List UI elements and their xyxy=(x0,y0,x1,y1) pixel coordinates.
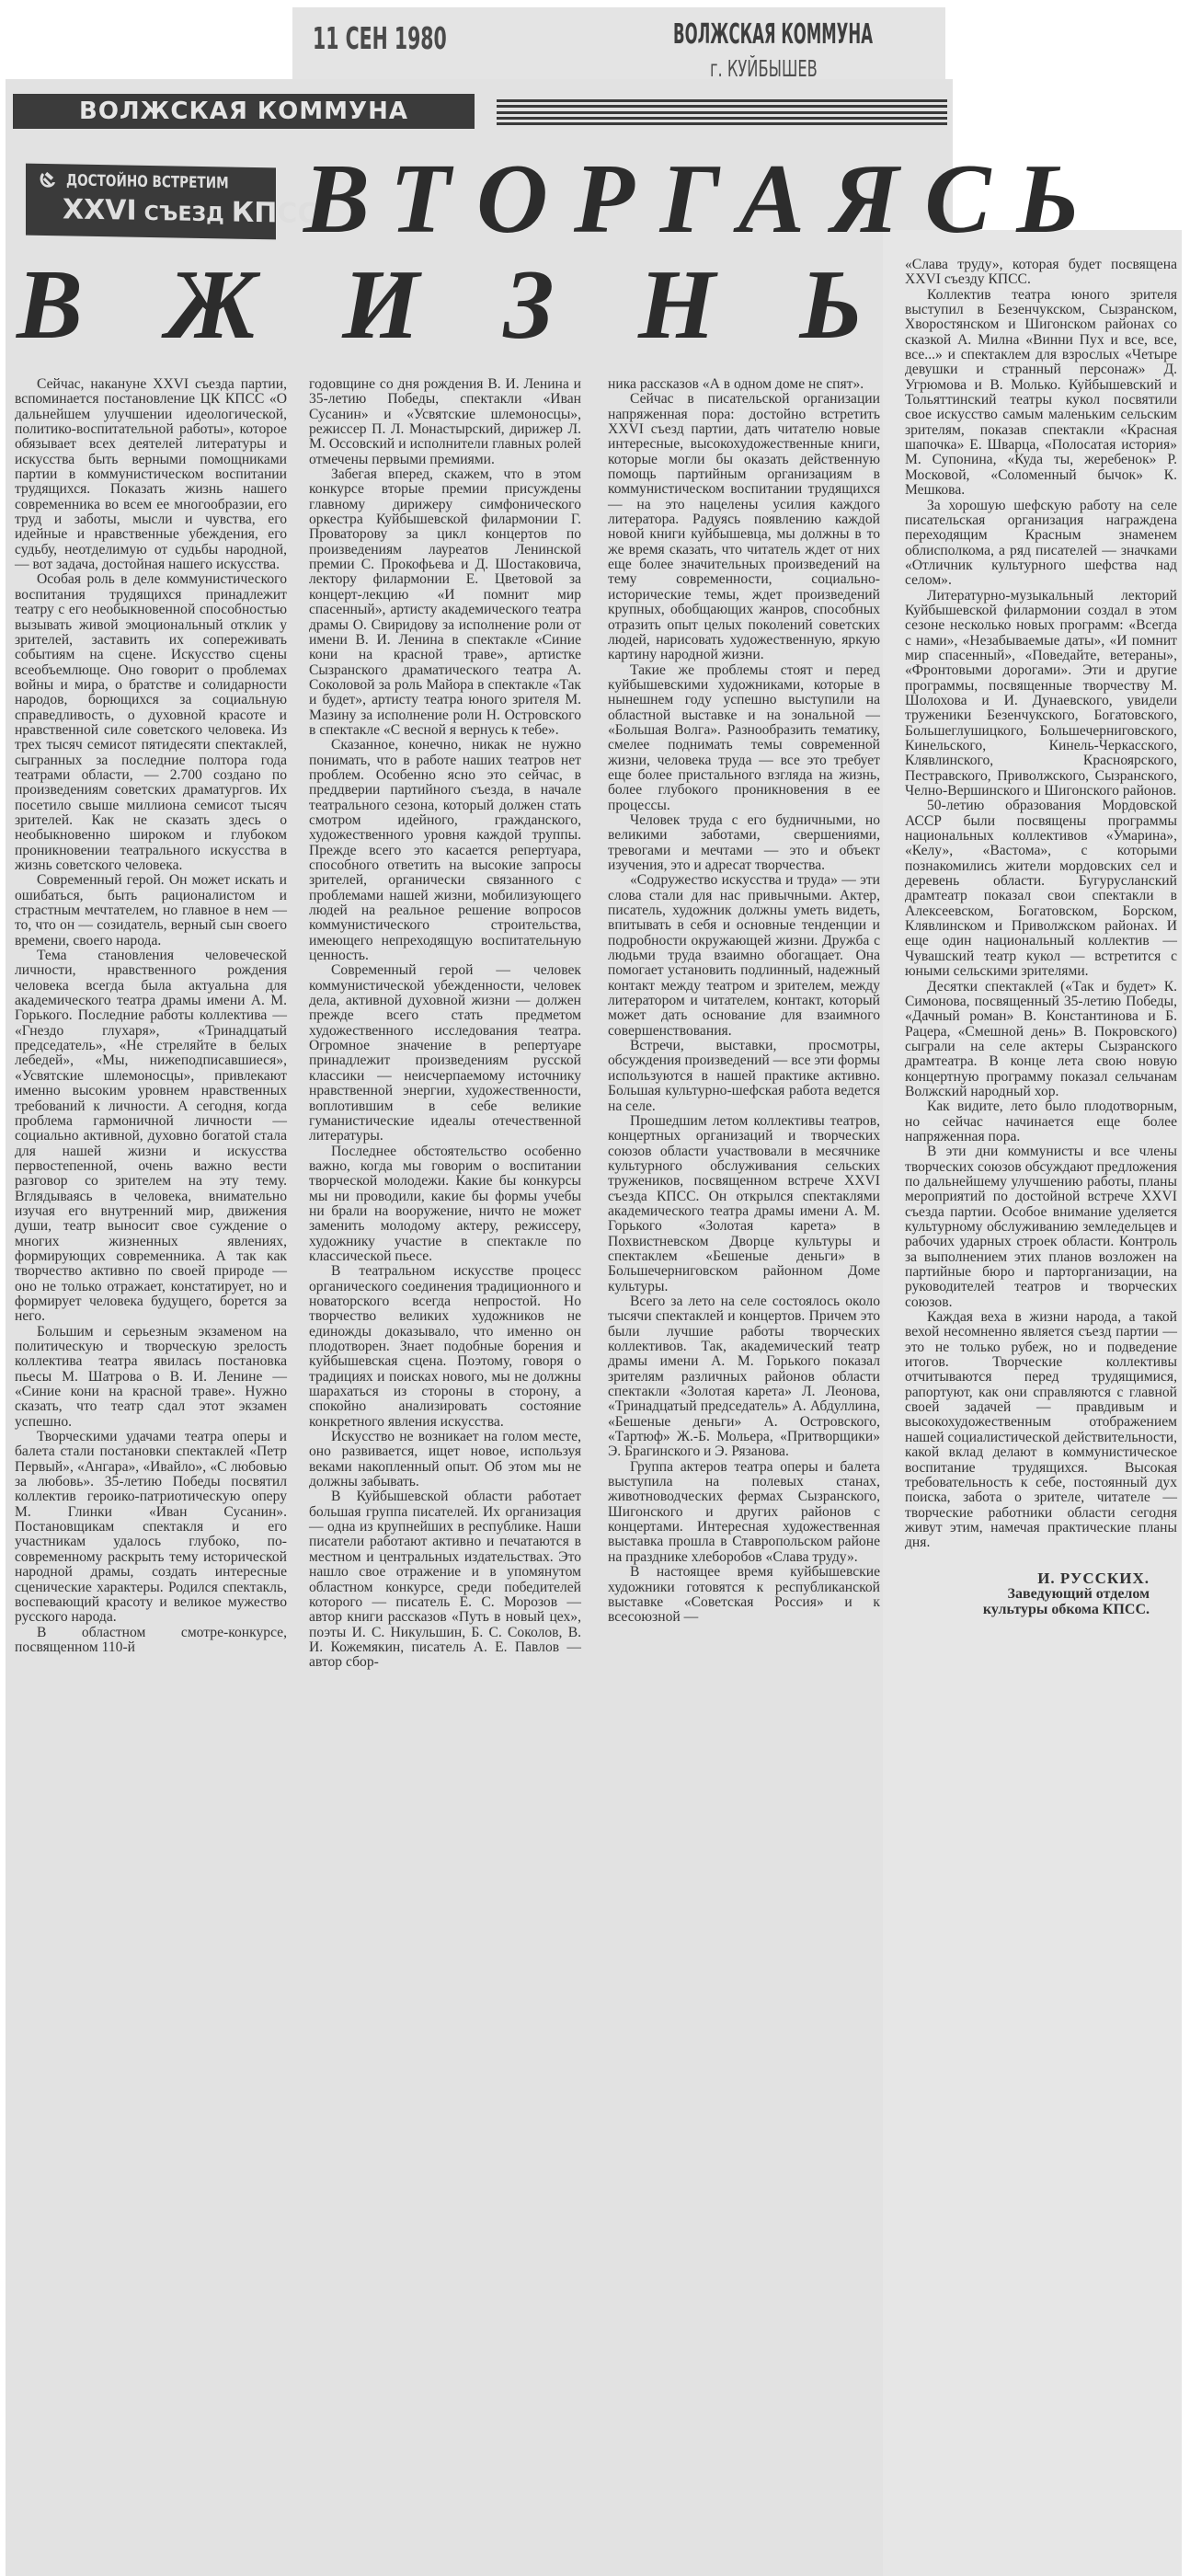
headline-line-1: ВТОРГАЯСЬ xyxy=(303,143,1105,257)
paragraph: «Слава труду», которая будет посвящена X… xyxy=(905,258,1177,288)
paragraph: Тема становления человеческой личности, … xyxy=(15,949,287,1325)
paragraph: Такие же проблемы стоят и перед куйбышев… xyxy=(608,663,880,813)
article-column-1: Сейчас, накануне XXVI съезда партии, всп… xyxy=(15,377,287,1655)
newspaper-masthead: ВОЛЖСКАЯ КОММУНА xyxy=(13,94,475,129)
paragraph: Сейчас, накануне XXVI съезда партии, всп… xyxy=(15,377,287,572)
paragraph: Большим и серьезным экзаменом на политич… xyxy=(15,1325,287,1430)
headline-letter: Ж xyxy=(167,248,258,362)
hammer-sickle-icon xyxy=(37,169,59,191)
headline-letter: Н xyxy=(638,248,715,362)
paragraph: Всего за лето на селе состоялось около т… xyxy=(608,1294,880,1460)
paragraph: Современный герой — человек коммунистиче… xyxy=(309,963,581,1144)
author-title-line-1: Заведующий отделом xyxy=(905,1586,1177,1602)
paragraph: Забегая вперед, скажем, что в этом конку… xyxy=(309,467,581,738)
paragraph: В Куйбышевской области работает большая … xyxy=(309,1489,581,1670)
paragraph: Встречи, выставки, просмотры, обсуждения… xyxy=(608,1039,880,1114)
paragraph: Искусство не возникает на голом месте, о… xyxy=(309,1430,581,1489)
paragraph: В настоящее время куйбышевские художники… xyxy=(608,1565,880,1625)
paragraph: Сказанное, конечно, никак не нужно поним… xyxy=(309,738,581,963)
paragraph: За хорошую шефскую работу на селе писате… xyxy=(905,499,1177,589)
paragraph: В эти дни коммунисты и все члены творчес… xyxy=(905,1144,1177,1310)
badge-congress-number: XXVI xyxy=(63,193,137,226)
masthead-rule-lines xyxy=(497,99,947,125)
paragraph: Последнее обстоятельство особенно важно,… xyxy=(309,1144,581,1265)
article-column-2: годовщине со дня рождения В. И. Ленина и… xyxy=(309,377,581,1671)
badge-congress-word: СЪЕЗД xyxy=(144,202,224,227)
headline-letter: В xyxy=(17,248,83,362)
paragraph: Десятки спектаклей («Так и будет» К. Сим… xyxy=(905,980,1177,1100)
paragraph: Как видите, лето было плодотворным, но с… xyxy=(905,1099,1177,1144)
headline-line-2: В Ж И З Н Ь xyxy=(17,248,863,362)
paragraph: Коллектив театра юного зрителя выступил … xyxy=(905,288,1177,499)
city-stamp: г. КУЙБЫШЕВ xyxy=(710,55,818,82)
paragraph: Литературно-музыкальный лекторий Куйбыше… xyxy=(905,589,1177,799)
paragraph: «Содружество искусства и труда» — эти сл… xyxy=(608,873,880,1039)
headline-letter: З xyxy=(504,248,555,362)
paragraph: Группа актеров театра оперы и балета выс… xyxy=(608,1460,880,1565)
article-column-3: ника рассказов «А в одном доме не спят».… xyxy=(608,377,880,1626)
paragraph: ника рассказов «А в одном доме не спят». xyxy=(608,377,880,392)
paragraph: Сейчас в писательской организации напряж… xyxy=(608,392,880,662)
badge-line-1: ДОСТОЙНО ВСТРЕТИМ xyxy=(66,171,229,192)
paragraph: 50-летию образования Мордовской АССР был… xyxy=(905,799,1177,979)
headline-letter: Ь xyxy=(800,248,863,362)
paragraph: В областном смотре-конкурсе, посвященном… xyxy=(15,1626,287,1656)
date-stamp: 11 СЕН 1980 xyxy=(313,20,447,56)
headline-letter: И xyxy=(342,248,419,362)
article-column-4: «Слава труду», которая будет посвящена X… xyxy=(905,258,1177,1617)
paragraph: Человек труда с его будничными, но велик… xyxy=(608,813,880,873)
author-signature: И. РУССКИХ. Заведующий отделом культуры … xyxy=(905,1571,1177,1617)
paragraph: Каждая веха в жизни народа, а такой вехо… xyxy=(905,1310,1177,1551)
paragraph: Прошедшим летом коллективы театров, конц… xyxy=(608,1114,880,1294)
congress-badge: ДОСТОЙНО ВСТРЕТИМ XXVI СЪЕЗД КПСС xyxy=(26,164,276,240)
paragraph: Особая роль в деле коммунистического вос… xyxy=(15,572,287,873)
newspaper-stamp: ВОЛЖСКАЯ КОММУНА xyxy=(673,18,873,51)
paragraph: В театральном искусстве процесс органиче… xyxy=(309,1264,581,1430)
paragraph: Современный герой. Он может искать и оши… xyxy=(15,873,287,949)
author-title-line-2: культуры обкома КПСС. xyxy=(905,1602,1177,1617)
paragraph: годовщине со дня рождения В. И. Ленина и… xyxy=(309,377,581,467)
paragraph: Творческими удачами театра оперы и балет… xyxy=(15,1430,287,1625)
author-name: И. РУССКИХ. xyxy=(905,1571,1177,1586)
